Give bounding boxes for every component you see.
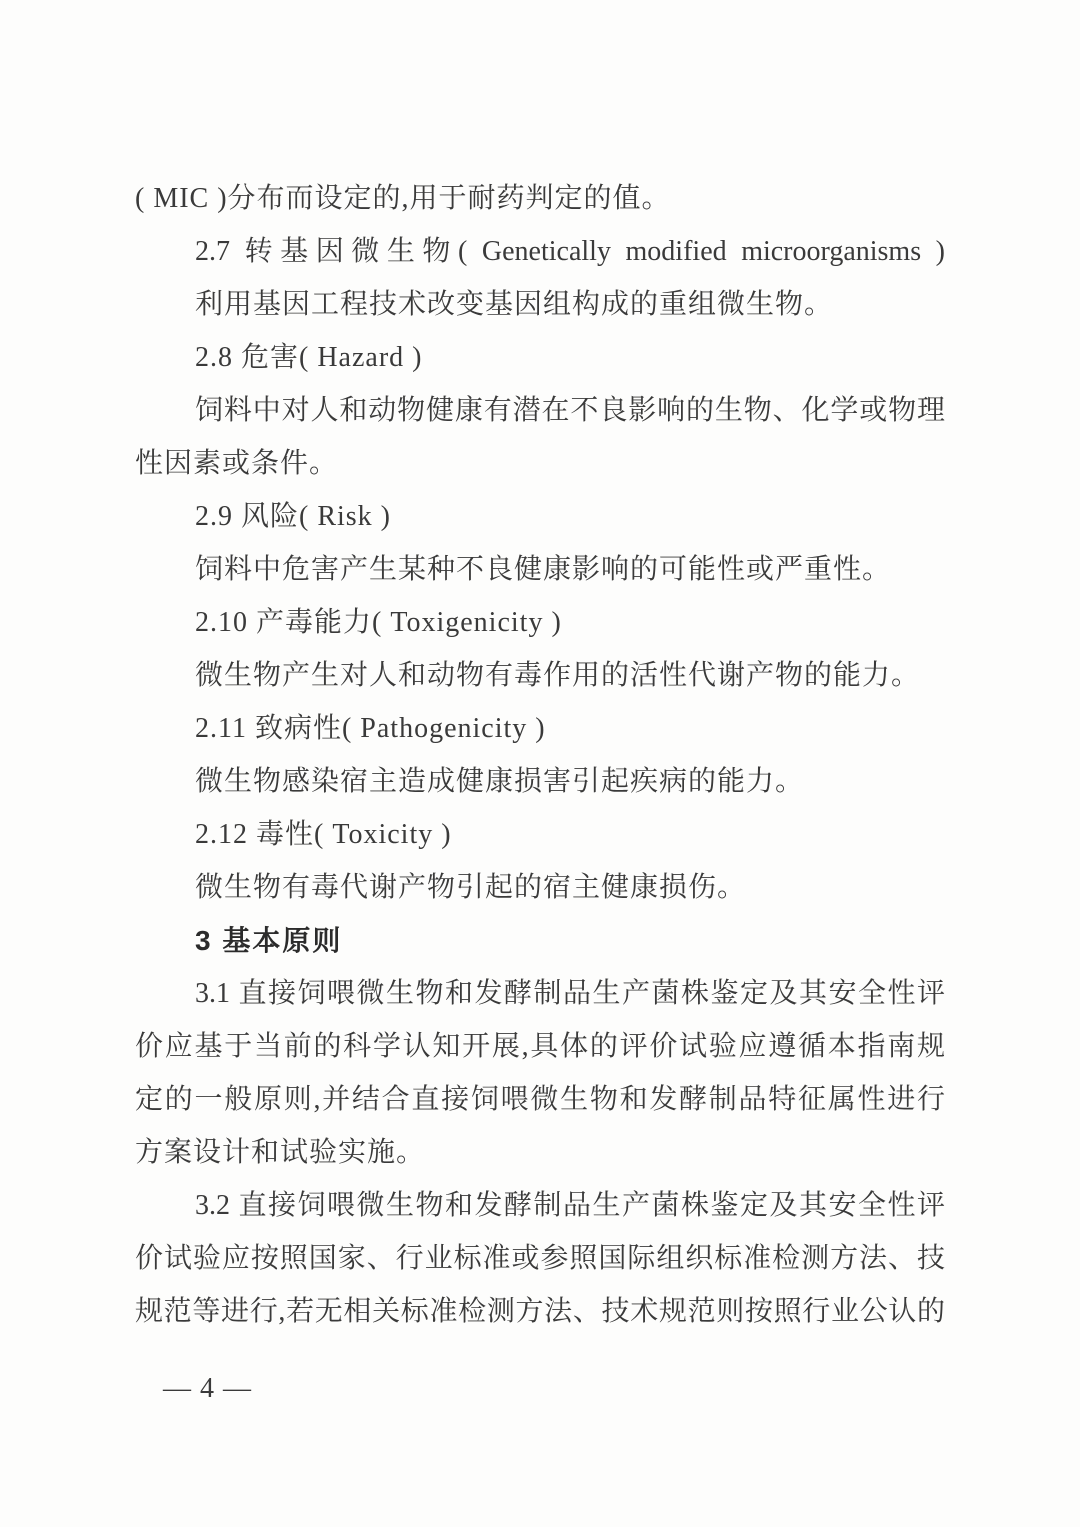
text-line: 3.2 直接饲喂微生物和发酵制品生产菌株鉴定及其安全性评 xyxy=(135,1179,945,1232)
text-line: 2.10 产毒能力( Toxigenicity ) xyxy=(135,596,945,649)
text-line: 3.1 直接饲喂微生物和发酵制品生产菌株鉴定及其安全性评 xyxy=(135,967,945,1020)
page-number: — 4 — xyxy=(163,1362,252,1415)
text-line: 利用基因工程技术改变基因组构成的重组微生物。 xyxy=(135,278,945,331)
text-line: 价应基于当前的科学认知开展,具体的评价试验应遵循本指南规 xyxy=(135,1020,945,1073)
document-page: ( MIC )分布而设定的,用于耐药判定的值。2.7 转基因微生物( Genet… xyxy=(0,0,1080,1527)
text-line: ( MIC )分布而设定的,用于耐药判定的值。 xyxy=(135,172,945,225)
text-line: 定的一般原则,并结合直接饲喂微生物和发酵制品特征属性进行 xyxy=(135,1073,945,1126)
text-line: 微生物产生对人和动物有毒作用的活性代谢产物的能力。 xyxy=(135,649,945,702)
document-lines: ( MIC )分布而设定的,用于耐药判定的值。2.7 转基因微生物( Genet… xyxy=(135,172,945,1338)
section-heading: 3 基本原则 xyxy=(135,914,945,967)
text-line: 2.8 危害( Hazard ) xyxy=(135,331,945,384)
text-line: 2.9 风险( Risk ) xyxy=(135,490,945,543)
text-line: 规范等进行,若无相关标准检测方法、技术规范则按照行业公认的 xyxy=(135,1285,945,1338)
text-line: 性因素或条件。 xyxy=(135,437,945,490)
text-line: 饲料中对人和动物健康有潜在不良影响的生物、化学或物理 xyxy=(135,384,945,437)
text-line: 方案设计和试验实施。 xyxy=(135,1126,945,1179)
text-line: 2.12 毒性( Toxicity ) xyxy=(135,808,945,861)
text-line: 2.11 致病性( Pathogenicity ) xyxy=(135,702,945,755)
text-line: 价试验应按照国家、行业标准或参照国际组织标准检测方法、技术 xyxy=(135,1232,945,1285)
text-line: 微生物有毒代谢产物引起的宿主健康损伤。 xyxy=(135,861,945,914)
text-line: 饲料中危害产生某种不良健康影响的可能性或严重性。 xyxy=(135,543,945,596)
text-line: 2.7 转基因微生物( Genetically modified microor… xyxy=(135,225,945,278)
text-line: 微生物感染宿主造成健康损害引起疾病的能力。 xyxy=(135,755,945,808)
